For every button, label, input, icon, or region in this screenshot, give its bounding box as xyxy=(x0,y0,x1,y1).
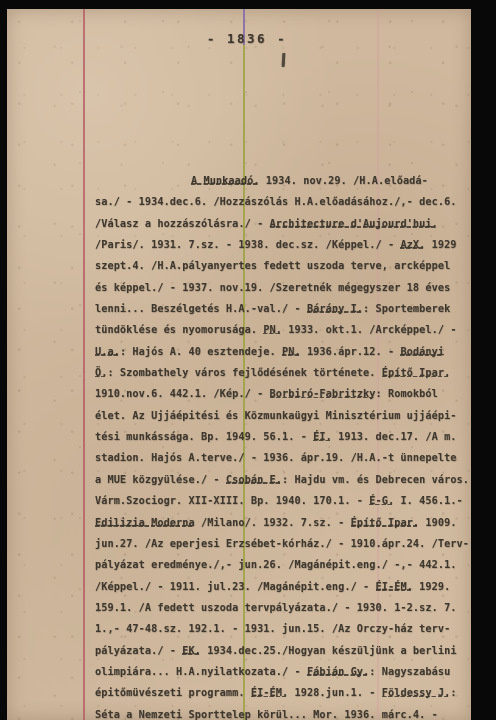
underlined-term: PN. xyxy=(263,325,282,336)
text-line: sa./ - 1934.dec.6. /Hozzászólás H.A.előa… xyxy=(95,192,471,213)
text-line: U.a.: Hajós A. 40 esztendeje. PN. 1936.á… xyxy=(95,342,471,363)
text-line: lenni... Beszélgetés H.A.-val./ - Bárány… xyxy=(95,299,471,320)
text-line: Ö.: Szombathely város fejlődésének törté… xyxy=(95,363,471,384)
text-segment: pályázat eredménye./,- jun.26. /Magánépi… xyxy=(95,560,457,571)
text-segment: 1933. okt.1. /Arcképpel./ - xyxy=(282,325,457,336)
text-line: és képpel./ - 1937. nov.19. /Szeretnék m… xyxy=(95,278,471,299)
text-segment: : Hajós A. 40 esztendeje. xyxy=(120,347,282,358)
underlined-term: ÉI-ÉM. xyxy=(251,688,288,699)
underlined-term: Építő Ipar. xyxy=(382,368,451,379)
text-segment: Séta a Nemzeti Sporttelep körül... Mor. … xyxy=(95,710,438,720)
text-line: 159.1. /A fedett uszoda tervpályázata./ … xyxy=(95,598,471,619)
text-segment: : xyxy=(450,688,456,699)
underlined-term: Csobán E. xyxy=(226,475,282,486)
text-segment: 1928.jun.1. - xyxy=(288,688,382,699)
underlined-term: Architecture d'Aujourd'hui. xyxy=(270,219,438,230)
text-segment: épitőmüvészeti programm. xyxy=(95,688,251,699)
underlined-term: AzX. xyxy=(400,240,425,251)
text-segment: /Képpel./ - 1911. jul.23. /Magánépit.eng… xyxy=(95,582,376,593)
text-segment: 1929 xyxy=(425,240,456,251)
text-segment: élet. Az Ujjáépitési és Közmunkaügyi Min… xyxy=(95,411,457,422)
underlined-term: Fábián Gy. xyxy=(307,667,369,678)
text-line: a MUE közgyülése./ - Csobán E.: Hajdu vm… xyxy=(95,470,471,491)
text-segment: : Sportemberek xyxy=(363,304,450,315)
text-line: élet. Az Ujjáépitési és Közmunkaügyi Min… xyxy=(95,406,471,427)
text-segment: 1934.dec.25./Hogyan készüljünk a berlini xyxy=(201,646,457,657)
underlined-term: Építő Ipar. xyxy=(351,518,420,529)
text-line: épitőmüvészeti programm. ÉI-ÉM. 1928.jun… xyxy=(95,683,471,704)
text-segment: a MUE közgyülése./ - xyxy=(95,475,226,486)
text-line: 1910.nov.6. 442.1. /Kép./ - Borbiró-Fabr… xyxy=(95,384,471,405)
text-line: olimpiára... H.A.nyilatkozata./ - Fábián… xyxy=(95,662,471,683)
text-segment: szept.4. /H.A.pályanyertes fedett uszoda… xyxy=(95,261,450,272)
underlined-term: Ö. xyxy=(95,368,107,379)
text-line: stadion. Hajós A.terve./ - 1936. ápr.19.… xyxy=(95,448,471,469)
text-segment: lenni... Beszélgetés H.A.-val./ - xyxy=(95,304,307,315)
scan-background: - 1836 - A Munkaadó. 1934. nov.29. /H.A.… xyxy=(0,0,496,720)
underlined-term: Borbiró-Fabritzky xyxy=(270,389,376,400)
text-line: Edilizia Moderna /Milano/. 1932. 7.sz. -… xyxy=(95,513,471,534)
text-line: A Munkaadó. 1934. nov.29. /H.A.előadá- xyxy=(95,171,471,192)
text-segment: sa./ - 1934.dec.6. /Hozzászólás H.A.előa… xyxy=(95,197,457,208)
text-segment: stadion. Hajós A.terve./ - 1936. ápr.19.… xyxy=(95,453,457,464)
text-segment: /Paris/. 1931. 7.sz. - 1938. dec.sz. /Ké… xyxy=(95,240,400,251)
underlined-term: ÉI. xyxy=(313,432,332,443)
underlined-term: Edilizia Moderna xyxy=(95,518,195,529)
text-line: /Paris/. 1931. 7.sz. - 1938. dec.sz. /Ké… xyxy=(95,235,471,256)
underlined-term: É-G. xyxy=(369,496,394,507)
text-segment: és képpel./ - 1937. nov.19. /Szeretnék m… xyxy=(95,283,450,294)
text-line: szept.4. /H.A.pályanyertes fedett uszoda… xyxy=(95,256,471,277)
text-segment: : Romokból xyxy=(376,389,438,400)
underlined-term: ÉI-ÉM. xyxy=(376,582,413,593)
ink-tick-mark xyxy=(282,53,285,67)
text-line: jun.27. /Az eperjesi Erzsébet-kórház./ -… xyxy=(95,534,471,555)
text-segment: tündöklése és nyomorusága. xyxy=(95,325,263,336)
underlined-term: Bárány I. xyxy=(307,304,363,315)
page-number: - 1836 - xyxy=(147,31,347,46)
underlined-term: A Munkaadó. xyxy=(191,176,260,187)
text-segment: Várm.Szociogr. XII-XIII. Bp. 1940. 170.1… xyxy=(95,496,369,507)
text-segment: 1910.nov.6. 442.1. /Kép./ - xyxy=(95,389,270,400)
text-segment: 1929. xyxy=(413,582,450,593)
typewritten-text: A Munkaadó. 1934. nov.29. /H.A.előadá-sa… xyxy=(95,171,471,720)
text-segment: 1934. nov.29. /H.A.előadá- xyxy=(260,176,428,187)
text-line: pályázata./ - EK. 1934.dec.25./Hogyan ké… xyxy=(95,641,471,662)
text-line: Várm.Szociogr. XII-XIII. Bp. 1940. 170.1… xyxy=(95,491,471,512)
text-segment: : Hajdu vm. és Debrecen város. xyxy=(282,475,469,486)
underlined-term: Bodányi xyxy=(400,347,444,358)
underlined-term: EK. xyxy=(182,646,201,657)
text-segment: pályázata./ - xyxy=(95,646,182,657)
underlined-term: U.a. xyxy=(95,347,120,358)
text-segment: 1936.ápr.12. - xyxy=(301,347,401,358)
text-line: /Válasz a hozzászólásra./ - Architecture… xyxy=(95,214,471,235)
text-segment: : Nagyszabásu xyxy=(369,667,450,678)
text-segment: /Válasz a hozzászólásra./ - xyxy=(95,219,270,230)
text-line: tési munkássága. Bp. 1949. 56.1. - ÉI. 1… xyxy=(95,427,471,448)
text-line: tündöklése és nyomorusága. PN. 1933. okt… xyxy=(95,320,471,341)
text-line: 1.,- 47-48.sz. 192.1. - 1931. jun.15. /A… xyxy=(95,619,471,640)
text-segment: 159.1. /A fedett uszoda tervpályázata./ … xyxy=(95,603,457,614)
text-segment: 1913. dec.17. /A m. xyxy=(332,432,457,443)
text-segment: jun.27. /Az eperjesi Erzsébet-kórház./ -… xyxy=(95,539,469,550)
text-segment: olimpiára... H.A.nyilatkozata./ - xyxy=(95,667,307,678)
text-segment: tési munkássága. Bp. 1949. 56.1. - xyxy=(95,432,313,443)
text-segment: 1.,- 47-48.sz. 192.1. - 1931. jun.15. /A… xyxy=(95,624,450,635)
text-segment: I. 456.1.- xyxy=(394,496,463,507)
text-segment: 1909. xyxy=(419,518,456,529)
underlined-term: Földessy J. xyxy=(382,688,451,699)
text-line: Séta a Nemzeti Sporttelep körül... Mor. … xyxy=(95,705,471,720)
underlined-term: PN. xyxy=(282,347,301,358)
margin-line-red xyxy=(83,9,85,720)
text-line: /Képpel./ - 1911. jul.23. /Magánépit.eng… xyxy=(95,577,471,598)
text-segment: /Milano/. 1932. 7.sz. - xyxy=(195,518,351,529)
text-line: pályázat eredménye./,- jun.26. /Magánépi… xyxy=(95,555,471,576)
text-segment: : Szombathely város fejlődésének történe… xyxy=(107,368,381,379)
scanned-page: - 1836 - A Munkaadó. 1934. nov.29. /H.A.… xyxy=(7,9,471,720)
